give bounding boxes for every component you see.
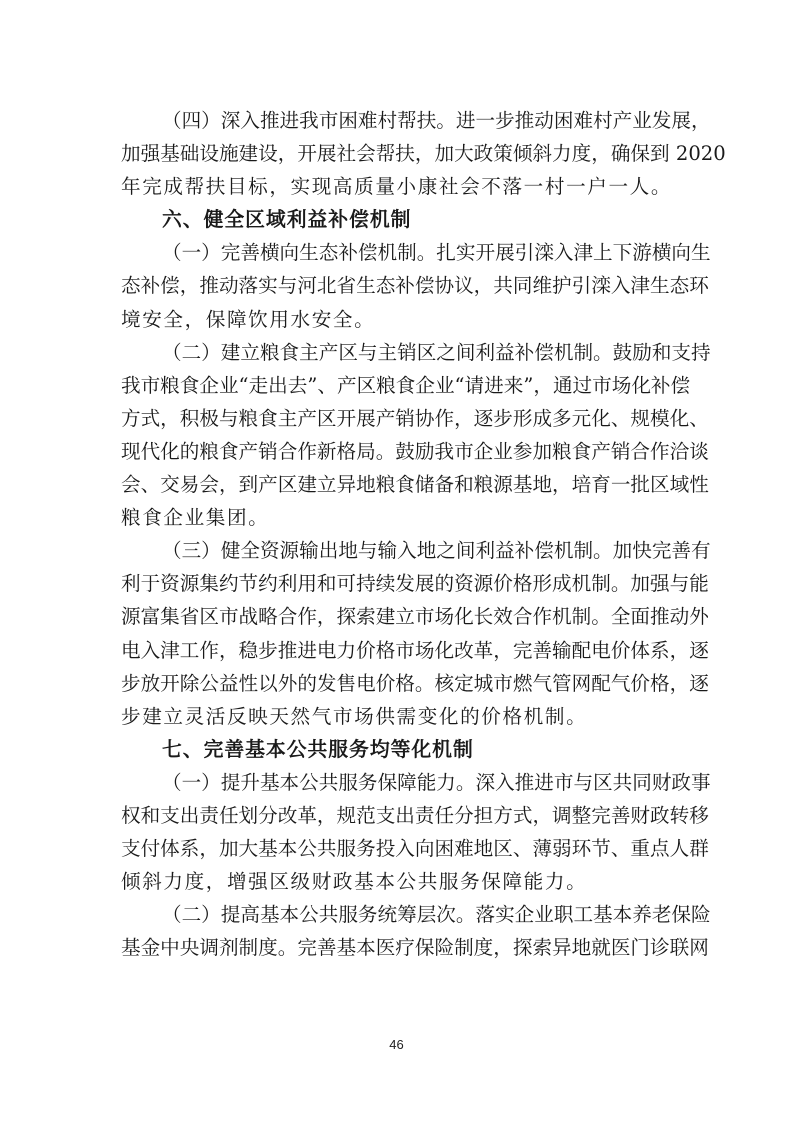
- text-line: 源富集省区市战略合作，探索建立市场化长效合作机制。全面推动外: [121, 600, 676, 633]
- page-number: 46: [0, 1037, 793, 1052]
- text-line: 方式，积极与粮食主产区开展产销协作，逐步形成多元化、规模化、: [121, 402, 676, 435]
- text-line: 我市粮食企业“走出去”、产区粮食企业“请进来”，通过市场化补偿: [121, 369, 676, 402]
- text-line: 境安全，保障饮用水安全。: [121, 303, 676, 336]
- paragraph-ecological-compensation: （一）完善横向生态补偿机制。扎实开展引滦入津上下游横向生 态补偿，推动落实与河北…: [121, 236, 676, 335]
- paragraph-village-assistance: （四）深入推进我市困难村帮扶。进一步推动困难村产业发展， 加强基础设施建设，开展…: [121, 104, 676, 203]
- text-line: 利于资源集约节约利用和可持续发展的资源价格形成机制。加强与能: [121, 567, 676, 600]
- text-line: 态补偿，推动落实与河北省生态补偿协议，共同维护引滦入津生态环: [121, 269, 676, 302]
- section-heading-6: 六、健全区域利益补偿机制: [121, 203, 676, 236]
- text-line: 倾斜力度，增强区级财政基本公共服务保障能力。: [121, 865, 676, 898]
- text-line: （一）提升基本公共服务保障能力。深入推进市与区共同财政事: [121, 766, 676, 799]
- text-line: 年完成帮扶目标，实现高质量小康社会不落一村一户一人。: [121, 170, 676, 203]
- text-line: 权和支出责任划分改革，规范支出责任分担方式，调整完善财政转移: [121, 799, 676, 832]
- paragraph-grain-compensation: （二）建立粮食主产区与主销区之间利益补偿机制。鼓励和支持 我市粮食企业“走出去”…: [121, 336, 676, 535]
- paragraph-public-service-capacity: （一）提升基本公共服务保障能力。深入推进市与区共同财政事 权和支出责任划分改革，…: [121, 766, 676, 898]
- text-line: 步放开除公益性以外的发售电价格。核定城市燃气管网配气价格，逐: [121, 667, 676, 700]
- text-line: （一）完善横向生态补偿机制。扎实开展引滦入津上下游横向生: [121, 236, 676, 269]
- text-line: 加强基础设施建设，开展社会帮扶，加大政策倾斜力度，确保到 2020: [121, 137, 676, 170]
- text-line: 现代化的粮食产销合作新格局。鼓励我市企业参加粮食产销合作洽谈: [121, 435, 676, 468]
- paragraph-public-service-coordination: （二）提高基本公共服务统筹层次。落实企业职工基本养老保险 基金中央调剂制度。完善…: [121, 898, 676, 964]
- text-line: 粮食企业集团。: [121, 501, 676, 534]
- text-line: 会、交易会，到产区建立异地粮食储备和粮源基地，培育一批区域性: [121, 468, 676, 501]
- document-page: （四）深入推进我市困难村帮扶。进一步推动困难村产业发展， 加强基础设施建设，开展…: [121, 104, 676, 964]
- text-line: （二）提高基本公共服务统筹层次。落实企业职工基本养老保险: [121, 898, 676, 931]
- text-line: 基金中央调剂制度。完善基本医疗保险制度，探索异地就医门诊联网: [121, 931, 676, 964]
- text-line: （四）深入推进我市困难村帮扶。进一步推动困难村产业发展，: [121, 104, 676, 137]
- section-heading-7: 七、完善基本公共服务均等化机制: [121, 733, 676, 766]
- text-line: 支付体系，加大基本公共服务投入向困难地区、薄弱环节、重点人群: [121, 832, 676, 865]
- text-line: 步建立灵活反映天然气市场供需变化的价格机制。: [121, 700, 676, 733]
- text-line: （三）健全资源输出地与输入地之间利益补偿机制。加快完善有: [121, 534, 676, 567]
- text-line: （二）建立粮食主产区与主销区之间利益补偿机制。鼓励和支持: [121, 336, 676, 369]
- text-line: 电入津工作，稳步推进电力价格市场化改革，完善输配电价体系，逐: [121, 634, 676, 667]
- paragraph-resource-compensation: （三）健全资源输出地与输入地之间利益补偿机制。加快完善有 利于资源集约节约利用和…: [121, 534, 676, 733]
